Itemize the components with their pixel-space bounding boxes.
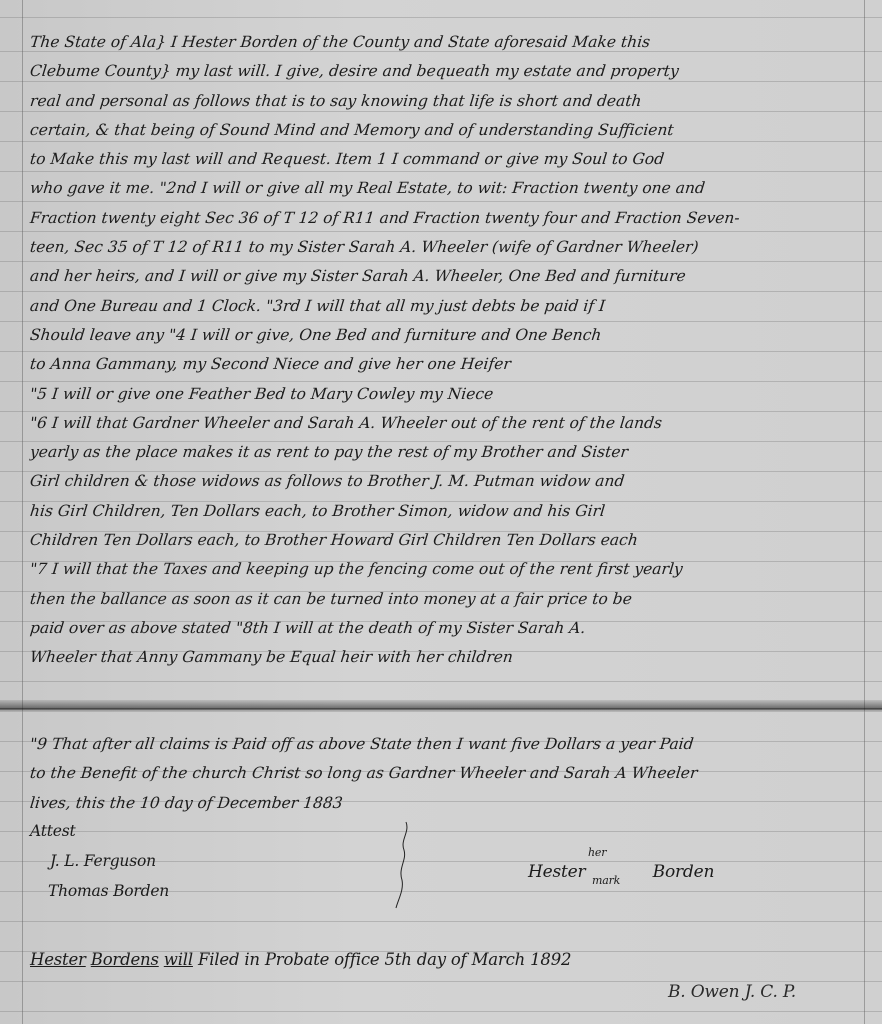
will-line: "6 I will that Gardner Wheeler and Sarah… — [28, 409, 871, 438]
witness-signature-1: J. L. Ferguson — [50, 852, 156, 870]
witness-signature-2: Thomas Borden — [48, 882, 169, 900]
page-fold-shadow — [0, 700, 882, 714]
will-line: who gave it me. "2nd I will or give all … — [28, 174, 871, 203]
testator-signature: Hester her mark Borden — [528, 862, 714, 882]
ledger-page: The State of Ala} I Hester Borden of the… — [0, 0, 882, 1024]
will-line: lives, this the 10 day of December 1883 — [28, 789, 871, 818]
filing-rest: Filed in Probate office 5th day of March… — [198, 950, 571, 969]
will-line: real and personal as follows that is to … — [28, 87, 871, 116]
signature-surname: Borden — [653, 862, 715, 882]
will-line: Children Ten Dollars each, to Brother Ho… — [28, 526, 871, 555]
will-line: Girl children & those widows as follows … — [28, 467, 871, 496]
will-line: his Girl Children, Ten Dollars each, to … — [28, 497, 871, 526]
filing-will: will — [164, 950, 193, 969]
will-line: to Anna Gammany, my Second Niece and giv… — [28, 350, 871, 379]
signature-first-name: Hester — [528, 862, 585, 882]
left-margin-rule — [22, 0, 23, 1024]
will-line: to the Benefit of the church Christ so l… — [28, 759, 871, 788]
attest-label: Attest — [30, 822, 76, 840]
will-line: certain, & that being of Sound Mind and … — [28, 116, 871, 145]
clerk-signature: B. Owen J. C. P. — [668, 982, 796, 1002]
probate-filing-note: Hester Bordens will Filed in Probate off… — [30, 950, 571, 969]
will-body-lower: "9 That after all claims is Paid off as … — [30, 730, 870, 818]
will-line: Clebume County} my last will. I give, de… — [28, 57, 871, 86]
will-line: and One Bureau and 1 Clock. "3rd I will … — [28, 292, 871, 321]
will-line: Wheeler that Anny Gammany be Equal heir … — [28, 643, 871, 672]
will-line: "9 That after all claims is Paid off as … — [28, 730, 871, 759]
will-line: Should leave any "4 I will or give, One … — [28, 321, 871, 350]
filing-possessive: Bordens — [91, 950, 159, 969]
will-line: teen, Sec 35 of T 12 of R11 to my Sister… — [28, 233, 871, 262]
filing-name: Hester — [30, 950, 86, 969]
will-line: yearly as the place makes it as rent to … — [28, 438, 871, 467]
will-line: Fraction twenty eight Sec 36 of T 12 of … — [28, 204, 871, 233]
will-line: to Make this my last will and Request. I… — [28, 145, 871, 174]
will-line: paid over as above stated "8th I will at… — [28, 614, 871, 643]
will-line: then the ballance as soon as it can be t… — [28, 585, 871, 614]
signature-mark-her: her — [588, 846, 606, 859]
will-body-upper: The State of Ala} I Hester Borden of the… — [30, 28, 870, 673]
will-line: and her heirs, and I will or give my Sis… — [28, 262, 871, 291]
signature-mark-label: mark — [592, 874, 620, 887]
will-line: "7 I will that the Taxes and keeping up … — [28, 555, 871, 584]
will-line: The State of Ala} I Hester Borden of the… — [28, 28, 871, 57]
will-line: "5 I will or give one Feather Bed to Mar… — [28, 380, 871, 409]
signature-brace — [392, 820, 412, 910]
